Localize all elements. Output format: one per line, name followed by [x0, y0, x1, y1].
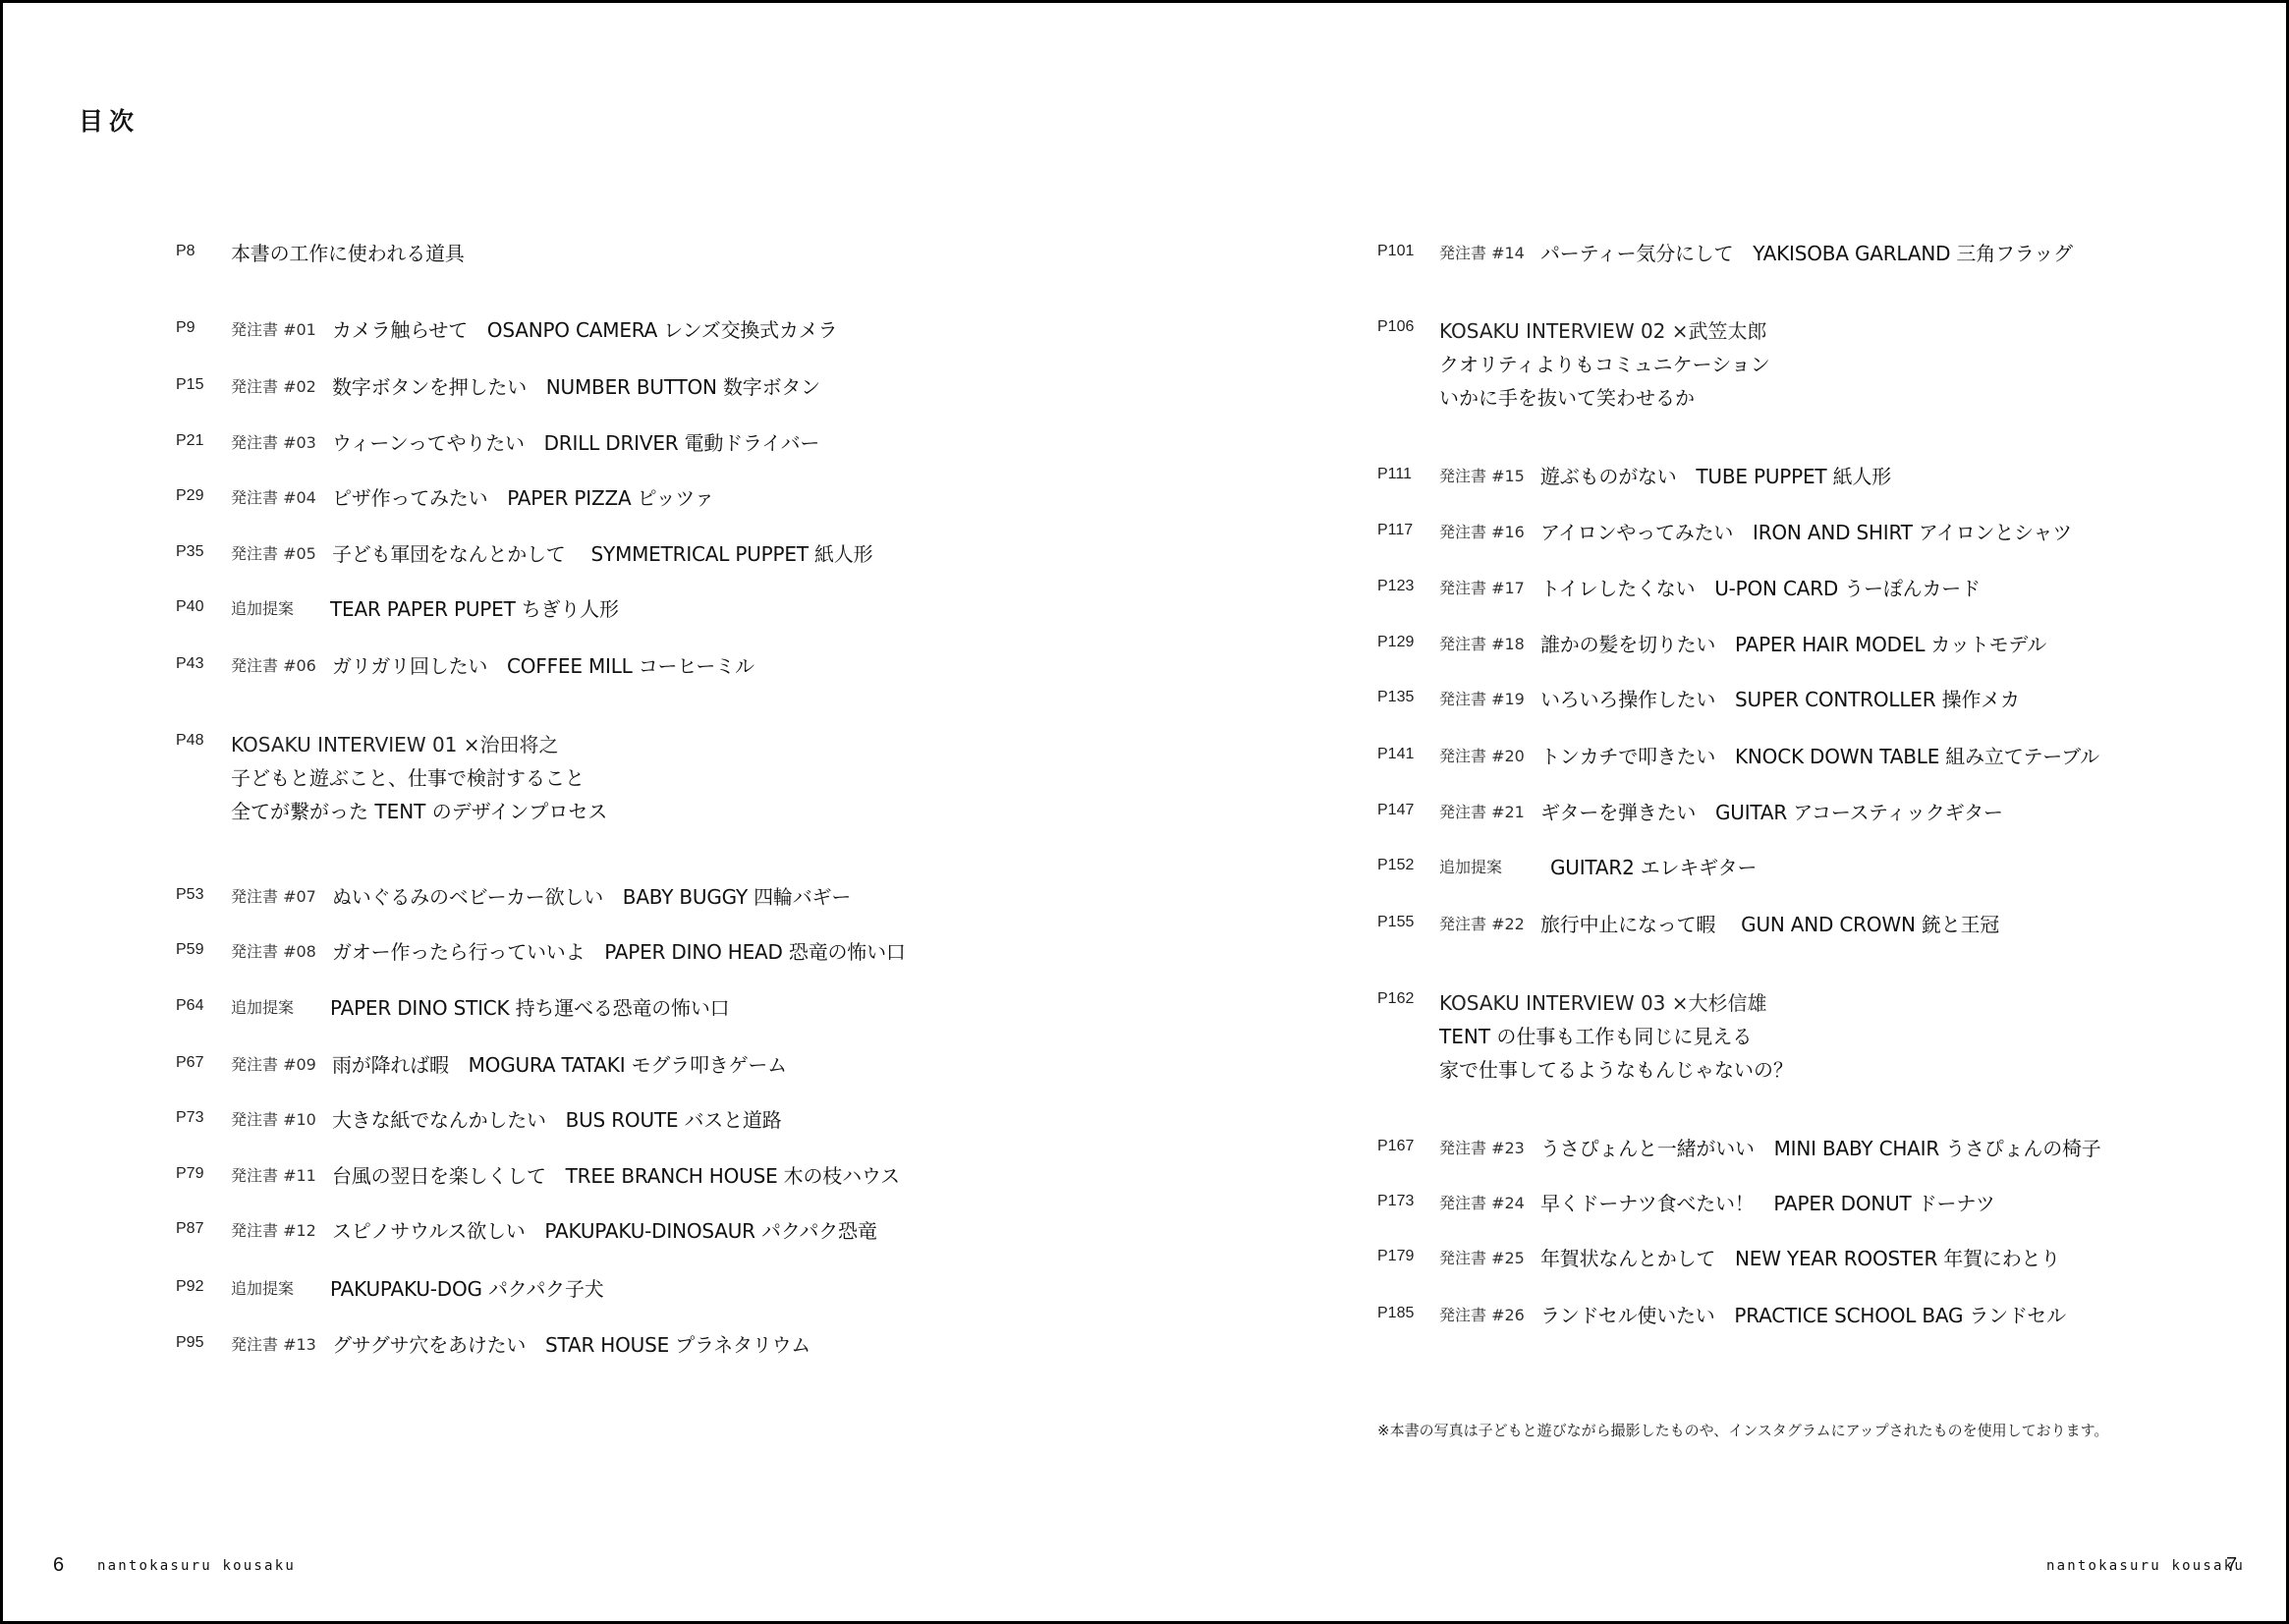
toc-page-number: P162: [1377, 990, 1414, 1008]
toc-entry-tag: 発注書 #22: [1439, 912, 1525, 934]
toc-entry-tag: 発注書 #09: [231, 1052, 316, 1075]
toc-entry-title: ピザ作ってみたい PAPER PIZZA ピッツァ: [332, 482, 714, 511]
toc-entry-title: 誰かの髪を切りたい PAPER HAIR MODEL カットモデル: [1540, 629, 2046, 657]
toc-page-number: P147: [1377, 802, 1414, 819]
toc-entry-title: 雨が降れば暇 MOGURA TATAKI モグラ叩きゲーム: [332, 1049, 787, 1078]
interview-heading: KOSAKU INTERVIEW 02 ×武笠太郎: [1439, 315, 1767, 344]
toc-page-number: P29: [176, 487, 203, 505]
toc-entry-title: PAKUPAKU-DOG パクパク子犬: [330, 1273, 604, 1302]
toc-entry[interactable]: P147発注書 #21ギターを弾きたい GUITAR アコースティックギター: [1377, 794, 2281, 827]
toc-entry[interactable]: P185発注書 #26ランドセル使いたい PRACTICE SCHOOL BAG…: [1377, 1297, 2281, 1330]
interview-subtitle: クオリティよりもコミュニケーション: [1439, 349, 1770, 377]
toc-page-number: P59: [176, 941, 203, 959]
toc-entry-title: ウィーンってやりたい DRILL DRIVER 電動ドライバー: [332, 427, 819, 456]
toc-entry[interactable]: P123発注書 #17トイレしたくない U-PON CARD うーぽんカード: [1377, 570, 2281, 603]
interview-subtitle: 全てが繋がった TENT のデザインプロセス: [231, 796, 607, 824]
toc-column-right: P101発注書 #14パーティー気分にして YAKISOBA GARLAND 三…: [1377, 0, 2281, 1624]
toc-page-number: P53: [176, 886, 203, 904]
toc-entry-title: アイロンやってみたい IRON AND SHIRT アイロンとシャツ: [1540, 517, 2072, 545]
toc-entry-title: パーティー気分にして YAKISOBA GARLAND 三角フラッグ: [1540, 238, 2073, 266]
toc-entry[interactable]: P135発注書 #19いろいろ操作したい SUPER CONTROLLER 操作…: [1377, 681, 2281, 714]
toc-entry-title: スピノサウルス欲しい PAKUPAKU-DINOSAUR パクパク恐竜: [332, 1215, 877, 1244]
toc-entry-title: TEAR PAPER PUPET ちぎり人形: [330, 593, 619, 622]
toc-entry-tag: 発注書 #15: [1439, 464, 1525, 486]
toc-entry[interactable]: P111発注書 #15遊ぶものがない TUBE PUPPET 紙人形: [1377, 458, 2281, 491]
interview-subtitle: 子どもと遊ぶこと、仕事で検討すること: [231, 762, 585, 791]
toc-entry-title: 早くドーナツ食べたい！ PAPER DONUT ドーナツ: [1540, 1188, 1995, 1216]
toc-entry-tag: 発注書 #10: [231, 1107, 316, 1130]
toc-page-number: P106: [1377, 318, 1414, 336]
toc-page-number: P173: [1377, 1193, 1414, 1210]
toc-column-left: P8本書の工作に使われる道具P9発注書 #01カメラ触らせて OSANPO CA…: [176, 0, 1139, 1624]
interview-subtitle: いかに手を抜いて笑わせるか: [1439, 382, 1695, 411]
toc-entry-title: カメラ触らせて OSANPO CAMERA レンズ交換式カメラ: [332, 314, 837, 343]
toc-entry[interactable]: P101発注書 #14パーティー気分にして YAKISOBA GARLAND 三…: [1377, 235, 2281, 268]
toc-entry-tag: 追加提案: [231, 995, 294, 1018]
toc-entry-tag: 発注書 #12: [231, 1218, 316, 1241]
toc-entry-title: 旅行中止になって暇 GUN AND CROWN 銃と王冠: [1540, 909, 1999, 937]
toc-entry[interactable]: P8本書の工作に使われる道具: [176, 235, 1139, 268]
toc-entry-tag: 発注書 #13: [231, 1332, 316, 1355]
toc-page-number: P95: [176, 1334, 203, 1352]
toc-entry-title: 遊ぶものがない TUBE PUPPET 紙人形: [1540, 461, 1891, 489]
toc-entry-title: ぬいぐるみのベビーカー欲しい BABY BUGGY 四輪バギー: [332, 881, 851, 910]
toc-entry[interactable]: P173発注書 #24早くドーナツ食べたい！ PAPER DONUT ドーナツ: [1377, 1185, 2281, 1218]
toc-entry-title: トンカチで叩きたい KNOCK DOWN TABLE 組み立てテーブル: [1540, 741, 2099, 769]
toc-entry-title: ランドセル使いたい PRACTICE SCHOOL BAG ランドセル: [1540, 1300, 2066, 1328]
toc-entry-tag: 発注書 #04: [231, 485, 316, 508]
toc-page-number: P92: [176, 1278, 203, 1296]
toc-entry-tag: 発注書 #24: [1439, 1191, 1525, 1213]
toc-entry[interactable]: P87発注書 #12スピノサウルス欲しい PAKUPAKU-DINOSAUR パ…: [176, 1212, 1139, 1246]
toc-entry-title: トイレしたくない U-PON CARD うーぽんカード: [1540, 573, 1981, 601]
toc-page-number: P64: [176, 997, 203, 1015]
toc-entry-title: ガリガリ回したい COFFEE MILL コーヒーミル: [332, 650, 754, 679]
toc-page-number: P185: [1377, 1305, 1414, 1322]
toc-entry[interactable]: P21発注書 #03ウィーンってやりたい DRILL DRIVER 電動ドライバ…: [176, 424, 1139, 458]
toc-entry[interactable]: P141発注書 #20トンカチで叩きたい KNOCK DOWN TABLE 組み…: [1377, 738, 2281, 771]
toc-entry-title: ガオー作ったら行っていいよ PAPER DINO HEAD 恐竜の怖い口: [332, 936, 906, 965]
toc-entry-tag: 発注書 #23: [1439, 1136, 1525, 1158]
toc-entry-title: PAPER DINO STICK 持ち運べる恐竜の怖い口: [330, 992, 729, 1021]
toc-entry-title: 年賀状なんとかして NEW YEAR ROOSTER 年賀にわとり: [1540, 1243, 2060, 1271]
toc-page-number: P8: [176, 243, 195, 260]
toc-page-number: P67: [176, 1054, 203, 1072]
toc-entry-tag: 発注書 #21: [1439, 800, 1525, 822]
toc-entry-title: ギターを弾きたい GUITAR アコースティックギター: [1540, 797, 2003, 825]
toc-entry[interactable]: P29発注書 #04ピザ作ってみたい PAPER PIZZA ピッツァ: [176, 479, 1139, 513]
interview-subtitle: TENT の仕事も工作も同じに見える: [1439, 1021, 1752, 1049]
interview-subtitle: 家で仕事してるようなもんじゃないの？: [1439, 1054, 1793, 1083]
toc-page-number: P167: [1377, 1138, 1414, 1155]
toc-page-number: P135: [1377, 689, 1414, 706]
toc-entry[interactable]: P179発注書 #25年賀状なんとかして NEW YEAR ROOSTER 年賀…: [1377, 1240, 2281, 1273]
toc-page-number: P21: [176, 432, 203, 450]
toc-entry-tag: 発注書 #05: [231, 541, 316, 564]
toc-entry[interactable]: P35発注書 #05子ども軍団をなんとかして SYMMETRICAL PUPPE…: [176, 535, 1139, 569]
toc-page-number: P87: [176, 1220, 203, 1238]
interview-heading: KOSAKU INTERVIEW 01 ×治田将之: [231, 729, 559, 757]
toc-entry-tag: 追加提案: [231, 1276, 294, 1299]
toc-page-number: P79: [176, 1165, 203, 1183]
toc-entry[interactable]: P152追加提案GUITAR2 エレキギター: [1377, 849, 2281, 882]
toc-entry-title: うさぴょんと一緒がいい MINI BABY CHAIR うさぴょんの椅子: [1540, 1133, 2101, 1161]
toc-entry-tag: 発注書 #17: [1439, 576, 1525, 598]
toc-entry-tag: 発注書 #11: [231, 1163, 316, 1186]
toc-page-number: P40: [176, 598, 203, 616]
toc-entry[interactable]: P40追加提案TEAR PAPER PUPET ちぎり人形: [176, 590, 1139, 624]
toc-entry-tag: 発注書 #02: [231, 374, 316, 397]
toc-entry-tag: 発注書 #16: [1439, 520, 1525, 542]
toc-entry-title: 本書の工作に使われる道具: [231, 238, 465, 266]
footnote: ※本書の写真は子どもと遊びながら撮影したものや、インスタグラムにアップされたもの…: [1377, 1420, 2108, 1440]
toc-entry-tag: 発注書 #18: [1439, 632, 1525, 654]
toc-entry[interactable]: P167発注書 #23うさぴょんと一緒がいい MINI BABY CHAIR う…: [1377, 1130, 2281, 1163]
toc-entry-title: 子ども軍団をなんとかして SYMMETRICAL PUPPET 紙人形: [332, 538, 872, 567]
toc-page-number: P9: [176, 319, 195, 337]
toc-page-number: P179: [1377, 1248, 1414, 1265]
toc-page-number: P15: [176, 376, 203, 394]
toc-entry[interactable]: P129発注書 #18誰かの髪を切りたい PAPER HAIR MODEL カッ…: [1377, 626, 2281, 659]
toc-entry-tag: 発注書 #01: [231, 317, 316, 340]
interview-heading: KOSAKU INTERVIEW 03 ×大杉信雄: [1439, 987, 1767, 1016]
right-page: P101発注書 #14パーティー気分にして YAKISOBA GARLAND 三…: [1144, 0, 2289, 1624]
toc-entry[interactable]: P67発注書 #09雨が降れば暇 MOGURA TATAKI モグラ叩きゲーム: [176, 1046, 1139, 1080]
toc-entry-tag: 発注書 #25: [1439, 1246, 1525, 1268]
toc-entry[interactable]: P9発注書 #01カメラ触らせて OSANPO CAMERA レンズ交換式カメラ: [176, 311, 1139, 345]
toc-page-number: P141: [1377, 746, 1414, 763]
toc-entry[interactable]: P95発注書 #13グサグサ穴をあけたい STAR HOUSE プラネタリウム: [176, 1326, 1139, 1360]
toc-entry[interactable]: P15発注書 #02数字ボタンを押したい NUMBER BUTTON 数字ボタン: [176, 368, 1139, 402]
toc-entry-tag: 発注書 #08: [231, 939, 316, 962]
page-number: 7: [2226, 1554, 2237, 1577]
toc-page-number: P101: [1377, 243, 1414, 260]
page-number: 6: [53, 1554, 64, 1577]
toc-page-number: P117: [1377, 522, 1413, 539]
toc-entry[interactable]: P79発注書 #11台風の翌日を楽しくして TREE BRANCH HOUSE …: [176, 1157, 1139, 1191]
toc-entry-tag: 発注書 #14: [1439, 241, 1525, 263]
toc-entry[interactable]: P73発注書 #10大きな紙でなんかしたい BUS ROUTE バスと道路: [176, 1101, 1139, 1135]
toc-entry-tag: 発注書 #06: [231, 653, 316, 676]
toc-entry[interactable]: P117発注書 #16アイロンやってみたい IRON AND SHIRT アイロ…: [1377, 514, 2281, 547]
toc-entry-title: 大きな紙でなんかしたい BUS ROUTE バスと道路: [332, 1104, 782, 1133]
toc-entry[interactable]: P155発注書 #22旅行中止になって暇 GUN AND CROWN 銃と王冠: [1377, 906, 2281, 939]
toc-page-number: P155: [1377, 914, 1414, 931]
toc-entry[interactable]: P43発注書 #06ガリガリ回したい COFFEE MILL コーヒーミル: [176, 647, 1139, 681]
toc-entry[interactable]: P59発注書 #08ガオー作ったら行っていいよ PAPER DINO HEAD …: [176, 933, 1139, 967]
toc-page-number: P129: [1377, 634, 1414, 651]
toc-page-number: P123: [1377, 578, 1414, 595]
toc-entry-tag: 発注書 #20: [1439, 744, 1525, 766]
toc-entry[interactable]: P92追加提案PAKUPAKU-DOG パクパク子犬: [176, 1270, 1139, 1304]
toc-entry[interactable]: P64追加提案PAPER DINO STICK 持ち運べる恐竜の怖い口: [176, 989, 1139, 1023]
toc-entry-tag: 発注書 #19: [1439, 687, 1525, 709]
toc-page-number: P111: [1377, 466, 1412, 483]
running-head: nantokasuru kousaku: [97, 1558, 296, 1574]
toc-entry-tag: 追加提案: [1439, 855, 1502, 877]
toc-entry-title: グサグサ穴をあけたい STAR HOUSE プラネタリウム: [332, 1329, 810, 1358]
toc-entry-title: いろいろ操作したい SUPER CONTROLLER 操作メカ: [1540, 684, 2020, 712]
toc-page-number: P48: [176, 732, 203, 750]
toc-page-number: P152: [1377, 857, 1414, 874]
toc-entry-tag: 発注書 #03: [231, 430, 316, 453]
toc-entry-title: 台風の翌日を楽しくして TREE BRANCH HOUSE 木の枝ハウス: [332, 1160, 900, 1189]
toc-page-number: P43: [176, 655, 203, 673]
page-title: 目次: [79, 102, 140, 138]
toc-page-number: P73: [176, 1109, 203, 1127]
toc-entry-tag: 発注書 #07: [231, 884, 316, 907]
toc-entry-tag: 追加提案: [231, 596, 294, 619]
toc-entry[interactable]: P53発注書 #07ぬいぐるみのベビーカー欲しい BABY BUGGY 四輪バギ…: [176, 878, 1139, 912]
toc-entry-title: GUITAR2 エレキギター: [1550, 852, 1757, 880]
running-head: nantokasuru kousaku: [2046, 1558, 2245, 1574]
left-page: 目次 P8本書の工作に使われる道具P9発注書 #01カメラ触らせて OSANPO…: [0, 0, 1144, 1624]
toc-page-number: P35: [176, 543, 203, 561]
toc-entry-title: 数字ボタンを押したい NUMBER BUTTON 数字ボタン: [332, 371, 820, 400]
toc-entry-tag: 発注書 #26: [1439, 1303, 1525, 1325]
